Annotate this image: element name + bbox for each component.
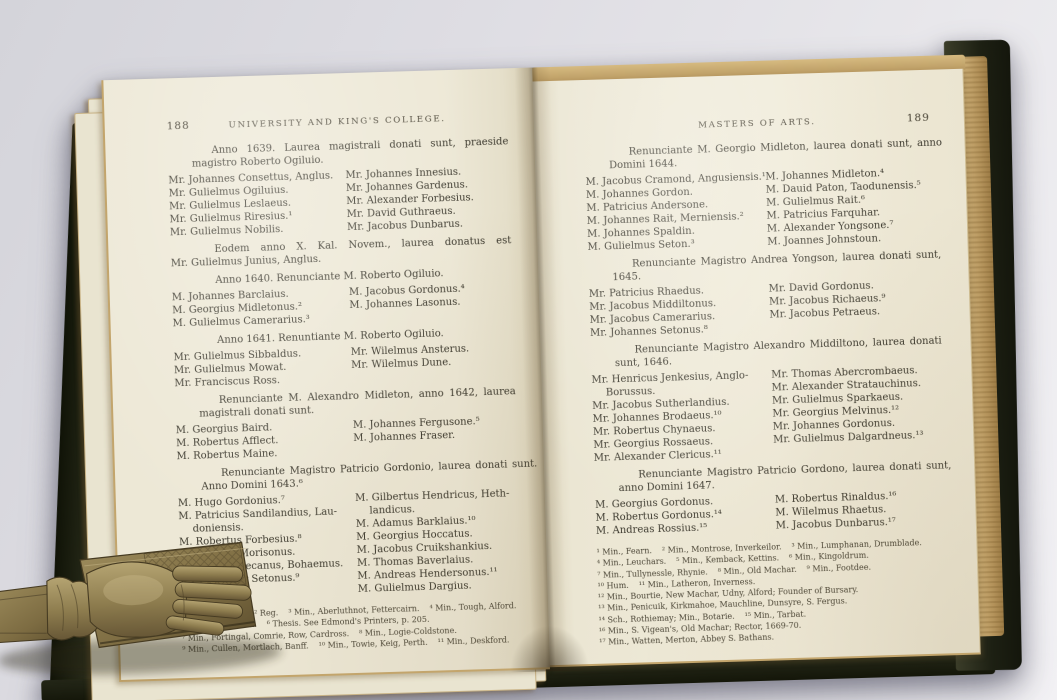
page-number: 188 bbox=[167, 120, 190, 133]
name-column-right: M. Johannes Fergusone.⁵M. Johannes Frase… bbox=[353, 414, 518, 458]
name-column-right: M. Robertus Rinaldus.¹⁶M. Wilelmus Rhaet… bbox=[775, 489, 942, 533]
name-columns: Mr. Gulielmus Sibbaldus.Mr. Gulielmus Mo… bbox=[173, 341, 515, 390]
running-head: 188 UNIVERSITY AND KING'S COLLEGE. bbox=[167, 112, 508, 132]
running-header-title: UNIVERSITY AND KING'S COLLEGE. bbox=[228, 114, 445, 130]
paragraph: Eodem anno X. Kal. Novem., laurea donatu… bbox=[170, 234, 512, 270]
name-column-right: Mr. Wilelmus Ansterus.Mr. Wilelmus Dune. bbox=[351, 341, 516, 385]
finger-index bbox=[173, 566, 243, 582]
page-number: 189 bbox=[907, 112, 930, 125]
name-column-right: M. Gilbertus Hendricus, Heth-landicus.M.… bbox=[355, 487, 522, 596]
brass-hand-page-holder bbox=[0, 531, 294, 694]
running-head: MASTERS OF ARTS. 189 bbox=[584, 114, 930, 134]
footnote: ¹⁰ Hum. bbox=[597, 580, 629, 592]
name-column-left: Mr. Henricus Jenkesius, Anglo-Borussus.M… bbox=[591, 369, 774, 465]
name-columns: Mr. Patricius Rhaedus.Mr. Jacobus Middil… bbox=[589, 278, 936, 340]
name-column-left: M. Johannes Barclaius.M. Georgius Midlet… bbox=[172, 286, 350, 330]
name-column-right: Mr. Johannes Innesius.Mr. Johannes Garde… bbox=[345, 164, 511, 234]
footnote: ⁸ Min., Old Machar. bbox=[718, 563, 797, 577]
name-column-left: M. Jacobus Cramond, Angusiensis.¹M. Joha… bbox=[585, 171, 767, 254]
page-footnotes: ¹ Min., Fearn.² Min., Montrose, Inverkei… bbox=[596, 537, 945, 649]
book-page-right: MASTERS OF ARTS. 189 Renunciante M. Geor… bbox=[533, 69, 981, 668]
name-columns: M. Jacobus Cramond, Angusiensis.¹M. Joha… bbox=[585, 166, 933, 254]
name-columns: M. Georgius Gordonus.M. Robertus Gordonu… bbox=[595, 489, 942, 538]
name-column-left: Mr. Patricius Rhaedus.Mr. Jacobus Middil… bbox=[589, 283, 770, 340]
footnote: ¹¹ Min., Deskford. bbox=[437, 634, 509, 647]
page-body-text: Renunciante M. Georgio Midleton, laurea … bbox=[585, 137, 942, 538]
name-column-right: M. Jacobus Gordonus.⁴M. Johannes Lasonus… bbox=[349, 281, 514, 325]
name-column-left: Mr. Gulielmus Sibbaldus.Mr. Gulielmus Mo… bbox=[173, 346, 351, 390]
name-column-right: Mr. David Gordonus.Mr. Jacobus Richaeus.… bbox=[769, 278, 937, 335]
footnote: ⁹ Min., Footdee. bbox=[806, 561, 871, 574]
name-column-left: M. Georgius Gordonus.M. Robertus Gordonu… bbox=[595, 493, 776, 537]
running-header-title: MASTERS OF ARTS. bbox=[698, 117, 816, 130]
name-column-right: M. Johannes Midleton.⁴M. Dauid Paton, Ta… bbox=[765, 166, 933, 249]
book-photo-scene: 188 UNIVERSITY AND KING'S COLLEGE. Anno … bbox=[0, 0, 1057, 700]
page-body-text: Anno 1639. Laurea magistrali donati sunt… bbox=[167, 135, 521, 601]
name-column-left: Mr. Johannes Consettus, Anglus.Mr. Gulie… bbox=[168, 169, 347, 239]
name-columns: M. Georgius Baird.M. Robertus Afflect.M.… bbox=[176, 414, 518, 463]
footnote: ¹⁰ Min., Towie, Keig, Perth. bbox=[319, 637, 428, 652]
name-columns: M. Johannes Barclaius.M. Georgius Midlet… bbox=[172, 281, 514, 330]
name-columns: Mr. Henricus Jenkesius, Anglo-Borussus.M… bbox=[591, 364, 940, 465]
name-column-left: M. Georgius Baird.M. Robertus Afflect.M.… bbox=[176, 419, 354, 463]
name-column-right: Mr. Thomas Abercrombaeus.Mr. Alexander S… bbox=[771, 364, 940, 460]
name-columns: Mr. Johannes Consettus, Anglus.Mr. Gulie… bbox=[168, 164, 511, 239]
